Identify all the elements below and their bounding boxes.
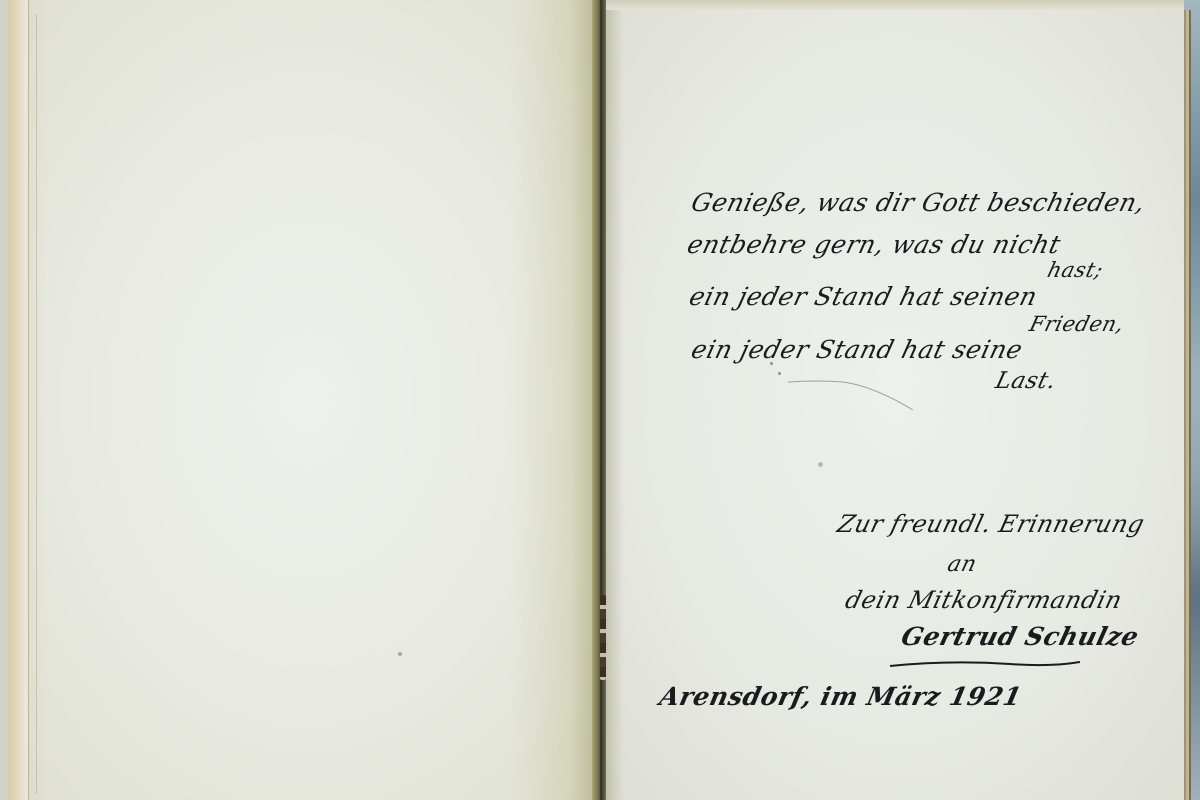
left-page [8,0,600,800]
left-page-edge [8,0,29,800]
open-book: Genieße, was dir Gott beschieden, entbeh… [0,0,1200,800]
dedication-line-3: dein Mitkonfirmandin [843,586,1126,614]
dedication-line-1: Zur freundl. Erinnerung [835,510,1148,538]
left-page-inner-edge [36,14,37,794]
poem-carryover-1: hast; [1045,258,1106,282]
paper-spot [818,462,823,467]
signature: Gertrud Schulze [898,622,1141,651]
poem-line-2: entbehre gern, was du nicht [684,230,1063,259]
place-date-line: Arensdorf, im März 1921 [657,682,1025,711]
right-page-top-edge [606,0,1184,10]
signature-underline [890,660,1080,670]
poem-carryover-3: Last. [993,368,1059,394]
paper-spot [398,652,402,656]
poem-line-3: ein jeder Stand hat seinen [686,282,1040,311]
ink-smear [788,378,918,418]
poem-carryover-2: Frieden, [1027,312,1127,336]
ink-speck [770,362,773,365]
poem-line-4: ein jeder Stand hat seine [688,335,1025,364]
poem-line-1: Genieße, was dir Gott beschieden, [688,188,1148,217]
ink-speck [778,372,781,375]
